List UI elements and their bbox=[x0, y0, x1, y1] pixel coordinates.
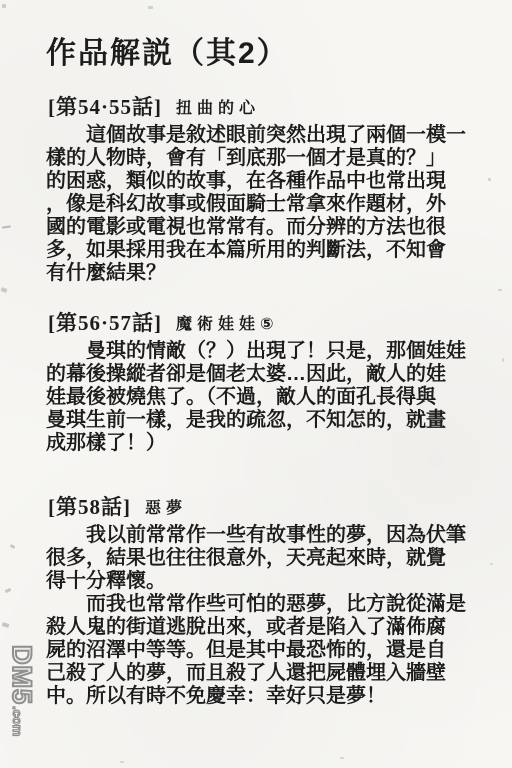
page-title: 作品解説（其2） bbox=[46, 34, 470, 73]
text-line: 這個故事是敘述眼前突然出現了兩個一模一 bbox=[46, 124, 470, 147]
episode-header: [第58話]惡夢 bbox=[48, 491, 470, 519]
episode-title: 惡夢 bbox=[145, 495, 187, 518]
watermark-site-label: DM5 bbox=[6, 645, 37, 705]
episode-section: [第58話]惡夢 我以前常常作一些有故事性的夢，因為伏筆很多，結果也往往很意外，… bbox=[46, 491, 470, 708]
text-line: 有什麼結果？ bbox=[46, 262, 470, 285]
sections-container: [第54·55話]扭曲的心 這個故事是敘述眼前突然出現了兩個一模一樣的人物時，會… bbox=[46, 91, 470, 708]
text-line: 曼琪生前一樣，是我的疏忽，不知怎的，就畫 bbox=[46, 409, 470, 432]
text-line: 國的電影或電視也常常有。而分辨的方法也很 bbox=[46, 216, 470, 239]
scan-speck bbox=[2, 4, 6, 8]
text-line: 屍的沼澤中等等。但是其中最恐怖的，還是自 bbox=[46, 639, 470, 662]
text-line: 殺人鬼的街道逃脫出來，或者是陷入了滿佈腐 bbox=[46, 616, 470, 639]
scan-speck bbox=[0, 287, 7, 293]
scan-speck bbox=[120, 761, 124, 763]
text-line: 己殺了人的夢，而且殺了人還把屍體埋入牆壁 bbox=[46, 662, 470, 685]
scan-speck bbox=[2, 225, 11, 228]
episode-label: [第58話] bbox=[48, 491, 131, 521]
scan-speck bbox=[2, 622, 10, 628]
episode-label: [第56·57話] bbox=[48, 307, 162, 337]
paragraph: 而我也常常作些可怕的惡夢，比方說從滿是殺人鬼的街道逃脫出來，或者是陷入了滿佈腐屍… bbox=[46, 593, 470, 708]
text-line: 的困惑，類似的故事，在各種作品中也常出現 bbox=[46, 170, 470, 193]
text-line: 而我也常常作些可怕的惡夢，比方說從滿是 bbox=[46, 593, 470, 616]
text-line: 成那樣了！） bbox=[46, 432, 470, 455]
text-line: 娃最後被燒焦了。（不過，敵人的面孔長得與 bbox=[46, 386, 470, 409]
text-line: 中。所以有時不免慶幸：幸好只是夢！ bbox=[46, 685, 470, 708]
episode-label: [第54·55話] bbox=[48, 91, 162, 121]
dm5-watermark: DM5.com bbox=[6, 645, 37, 736]
scan-speck bbox=[10, 544, 16, 549]
episode-header: [第56·57話]魔術娃娃⑤ bbox=[48, 307, 470, 335]
text-line: 曼琪的情敵（？）出現了！只是，那個娃娃 bbox=[46, 340, 470, 363]
scan-speck bbox=[5, 588, 12, 593]
scanned-page: 作品解説（其2） [第54·55話]扭曲的心 這個故事是敘述眼前突然出現了兩個一… bbox=[0, 0, 512, 768]
paragraph: 曼琪的情敵（？）出現了！只是，那個娃娃的幕後操縱者卻是個老太婆…因此，敵人的娃娃… bbox=[46, 340, 470, 455]
scan-speck bbox=[498, 289, 502, 291]
episode-title: 魔術娃娃⑤ bbox=[176, 311, 279, 334]
episode-header: [第54·55話]扭曲的心 bbox=[48, 91, 470, 119]
text-line: 的幕後操縱者卻是個老太婆…因此，敵人的娃 bbox=[46, 363, 470, 386]
paragraph: 這個故事是敘述眼前突然出現了兩個一模一樣的人物時，會有「到底那一個才是真的？」的… bbox=[46, 124, 470, 285]
paragraph: 我以前常常作一些有故事性的夢，因為伏筆很多，結果也往往很意外，天亮起來時，就覺得… bbox=[46, 524, 470, 593]
text-line: 多，如果採用我在本篇所用的判斷法，不知會 bbox=[46, 239, 470, 262]
episode-section: [第56·57話]魔術娃娃⑤ 曼琪的情敵（？）出現了！只是，那個娃娃的幕後操縱者… bbox=[46, 307, 470, 455]
episode-title: 扭曲的心 bbox=[176, 95, 260, 118]
scan-speck bbox=[340, 757, 344, 759]
episode-section: [第54·55話]扭曲的心 這個故事是敘述眼前突然出現了兩個一模一樣的人物時，會… bbox=[46, 91, 470, 285]
text-line: 很多，結果也往往很意外，天亮起來時，就覺 bbox=[46, 547, 470, 570]
scan-speck bbox=[490, 563, 493, 565]
text-line: ，像是科幻故事或假面騎士常拿來作題材，外 bbox=[46, 193, 470, 216]
scan-speck bbox=[502, 358, 504, 362]
watermark-tld-label: .com bbox=[10, 706, 25, 736]
scan-speck bbox=[148, 6, 153, 9]
text-line: 得十分釋懷。 bbox=[46, 570, 470, 593]
scan-speck bbox=[488, 178, 491, 181]
text-line: 我以前常常作一些有故事性的夢，因為伏筆 bbox=[46, 524, 470, 547]
text-line: 樣的人物時，會有「到底那一個才是真的？」 bbox=[46, 147, 470, 170]
